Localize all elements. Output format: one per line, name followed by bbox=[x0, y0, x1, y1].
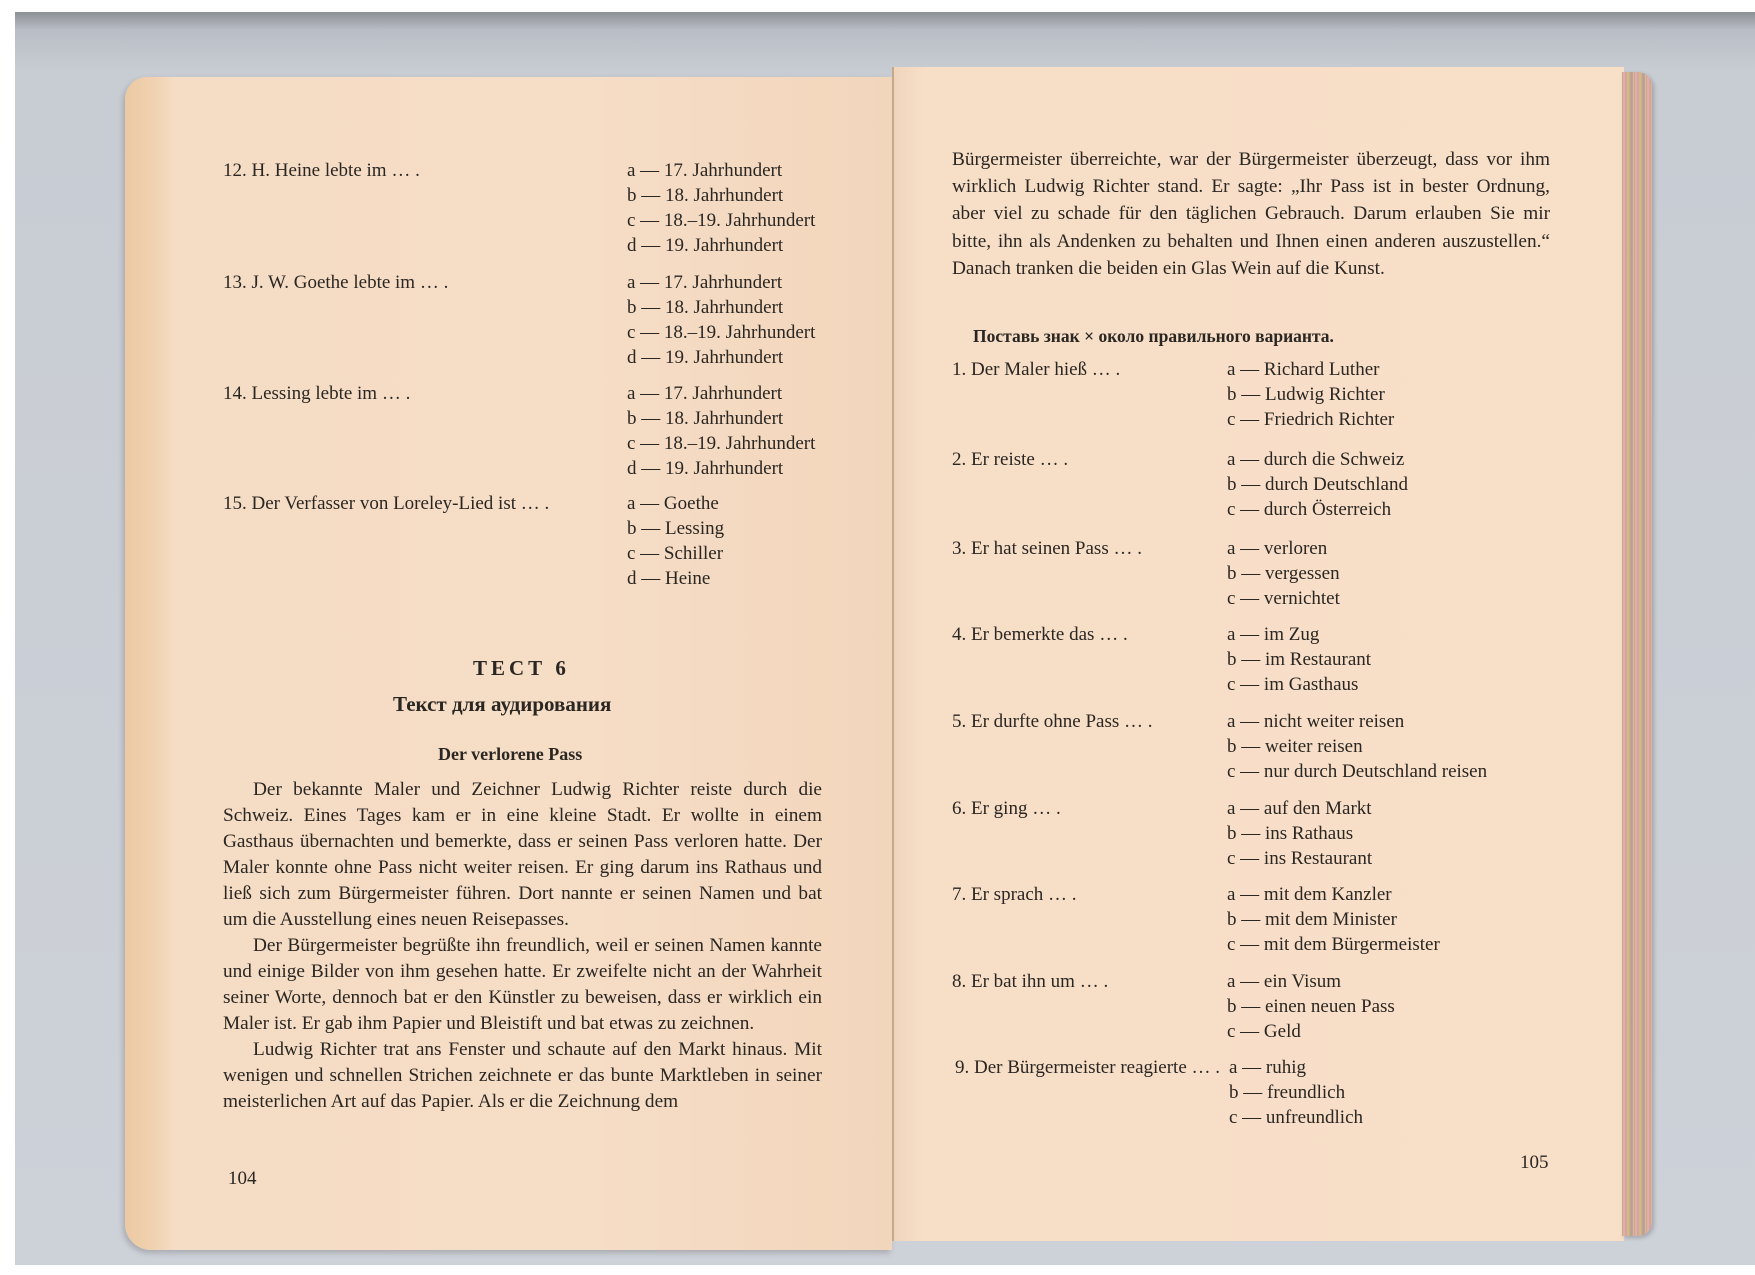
option: c — nur durch Deutschland reisen bbox=[1227, 759, 1487, 784]
question-2-options: a — durch die Schweiz b — durch Deutschl… bbox=[1227, 447, 1408, 522]
question-3-options: a — verloren b — vergessen c — vernichte… bbox=[1227, 536, 1340, 611]
option: c — Geld bbox=[1227, 1019, 1395, 1044]
option: b — weiter reisen bbox=[1227, 734, 1487, 759]
question-15-prompt: 15. Der Verfasser von Loreley-Lied ist …… bbox=[223, 491, 549, 516]
question-9-options: a — ruhig b — freundlich c — unfreundlic… bbox=[1229, 1055, 1363, 1130]
question-5-options: a — nicht weiter reisen b — weiter reise… bbox=[1227, 709, 1487, 784]
option: a — nicht weiter reisen bbox=[1227, 709, 1487, 734]
option: a — ruhig bbox=[1229, 1055, 1363, 1080]
option: a — durch die Schweiz bbox=[1227, 447, 1408, 472]
option: b — Ludwig Richter bbox=[1227, 382, 1394, 407]
story-title: Der verlorene Pass bbox=[438, 744, 582, 765]
question-9-prompt: 9. Der Bürgermeister reagierte … . bbox=[955, 1055, 1220, 1080]
option: c — 18.–19. Jahrhundert bbox=[627, 320, 815, 345]
story-body: Der bekannte Maler und Zeichner Ludwig R… bbox=[223, 777, 822, 1115]
question-13-options: a — 17. Jahrhundert b — 18. Jahrhundert … bbox=[627, 270, 815, 370]
question-4-prompt: 4. Er bemerkte das … . bbox=[952, 622, 1128, 647]
question-7-options: a — mit dem Kanzler b — mit dem Minister… bbox=[1227, 882, 1440, 957]
option: c — durch Österreich bbox=[1227, 497, 1408, 522]
question-12-prompt: 12. H. Heine lebte im … . bbox=[223, 158, 420, 183]
question-6-prompt: 6. Er ging … . bbox=[952, 796, 1061, 821]
option: d — 19. Jahrhundert bbox=[627, 233, 815, 258]
paragraph: Bürgermeister überreichte, war der Bürge… bbox=[952, 146, 1550, 282]
option: c — ins Restaurant bbox=[1227, 846, 1372, 871]
option: c — mit dem Bürgermeister bbox=[1227, 932, 1440, 957]
option: a — im Zug bbox=[1227, 622, 1371, 647]
option: b — mit dem Minister bbox=[1227, 907, 1440, 932]
option: b — 18. Jahrhundert bbox=[627, 295, 815, 320]
option: c — 18.–19. Jahrhundert bbox=[627, 208, 815, 233]
paragraph: Der Bürgermeister begrüßte ihn freundlic… bbox=[223, 933, 822, 1037]
section-heading: Текст для аудирования bbox=[393, 692, 611, 717]
option: c — 18.–19. Jahrhundert bbox=[627, 431, 815, 456]
question-2-prompt: 2. Er reiste … . bbox=[952, 447, 1068, 472]
question-15-options: a — Goethe b — Lessing c — Schiller d — … bbox=[627, 491, 724, 591]
test-heading: ТЕСТ 6 bbox=[473, 656, 570, 681]
option: b — ins Rathaus bbox=[1227, 821, 1372, 846]
question-1-prompt: 1. Der Maler hieß … . bbox=[952, 357, 1120, 382]
option: c — im Gasthaus bbox=[1227, 672, 1371, 697]
option: c — Friedrich Richter bbox=[1227, 407, 1394, 432]
option: a — auf den Markt bbox=[1227, 796, 1372, 821]
paragraph: Der bekannte Maler und Zeichner Ludwig R… bbox=[223, 777, 822, 933]
question-5-prompt: 5. Er durfte ohne Pass … . bbox=[952, 709, 1153, 734]
option: b — durch Deutschland bbox=[1227, 472, 1408, 497]
option: c — unfreundlich bbox=[1229, 1105, 1363, 1130]
paragraph: Ludwig Richter trat ans Fenster und scha… bbox=[223, 1037, 822, 1115]
option: d — 19. Jahrhundert bbox=[627, 345, 815, 370]
option: d — Heine bbox=[627, 566, 724, 591]
question-7-prompt: 7. Er sprach … . bbox=[952, 882, 1077, 907]
option: b — vergessen bbox=[1227, 561, 1340, 586]
option: a — Richard Luther bbox=[1227, 357, 1394, 382]
option: a — ein Visum bbox=[1227, 969, 1395, 994]
option: c — Schiller bbox=[627, 541, 724, 566]
question-8-prompt: 8. Er bat ihn um … . bbox=[952, 969, 1108, 994]
option: c — vernichtet bbox=[1227, 586, 1340, 611]
option: a — Goethe bbox=[627, 491, 724, 516]
option: a — verloren bbox=[1227, 536, 1340, 561]
question-8-options: a — ein Visum b — einen neuen Pass c — G… bbox=[1227, 969, 1395, 1044]
question-3-prompt: 3. Er hat seinen Pass … . bbox=[952, 536, 1142, 561]
page-number-left: 104 bbox=[228, 1168, 257, 1190]
question-1-options: a — Richard Luther b — Ludwig Richter c … bbox=[1227, 357, 1394, 432]
option: b — freundlich bbox=[1229, 1080, 1363, 1105]
question-6-options: a — auf den Markt b — ins Rathaus c — in… bbox=[1227, 796, 1372, 871]
option: a — 17. Jahrhundert bbox=[627, 270, 815, 295]
option: a — 17. Jahrhundert bbox=[627, 381, 815, 406]
story-continuation: Bürgermeister überreichte, war der Bürge… bbox=[952, 146, 1550, 282]
option: b — 18. Jahrhundert bbox=[627, 406, 815, 431]
instruction: Поставь знак × около правильного вариант… bbox=[973, 326, 1334, 347]
option: b — 18. Jahrhundert bbox=[627, 183, 815, 208]
question-4-options: a — im Zug b — im Restaurant c — im Gast… bbox=[1227, 622, 1371, 697]
question-14-prompt: 14. Lessing lebte im … . bbox=[223, 381, 410, 406]
option: a — mit dem Kanzler bbox=[1227, 882, 1440, 907]
option: b — Lessing bbox=[627, 516, 724, 541]
question-13-prompt: 13. J. W. Goethe lebte im … . bbox=[223, 270, 448, 295]
question-14-options: a — 17. Jahrhundert b — 18. Jahrhundert … bbox=[627, 381, 815, 481]
option: a — 17. Jahrhundert bbox=[627, 158, 815, 183]
option: d — 19. Jahrhundert bbox=[627, 456, 815, 481]
page-edges bbox=[1622, 72, 1652, 1236]
question-12-options: a — 17. Jahrhundert b — 18. Jahrhundert … bbox=[627, 158, 815, 258]
page-number-right: 105 bbox=[1520, 1152, 1549, 1174]
option: b — einen neuen Pass bbox=[1227, 994, 1395, 1019]
option: b — im Restaurant bbox=[1227, 647, 1371, 672]
